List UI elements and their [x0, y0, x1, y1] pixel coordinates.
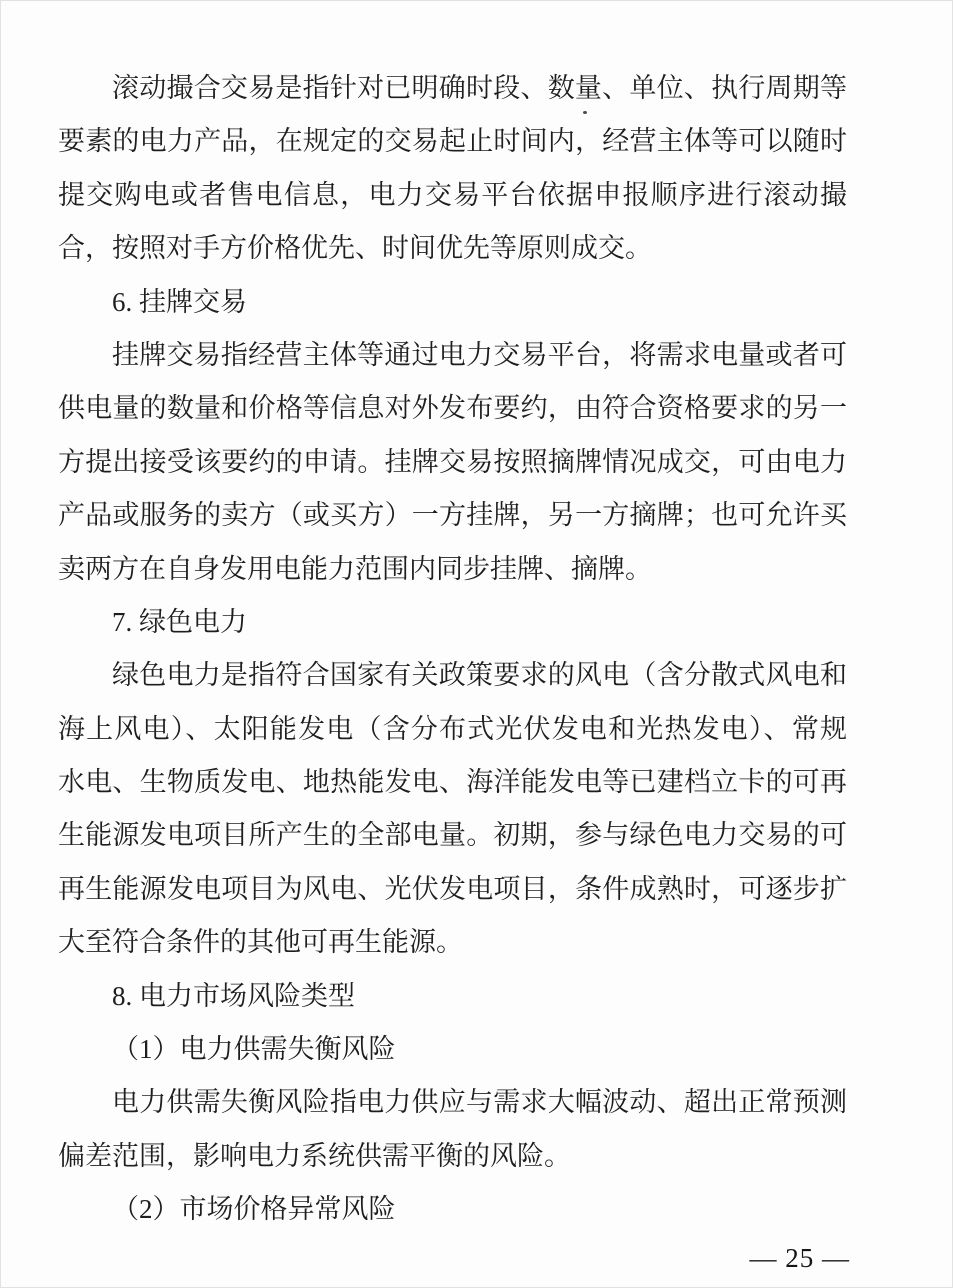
- para-risk-1-supply-demand-line-2: 偏差范围，影响电力系统供需平衡的风险。: [58, 1130, 847, 1183]
- heading-7-green-power: 7. 绿色电力: [58, 596, 847, 649]
- para-rolling-matching-line-3: 提交购电或者售电信息，电力交易平台依据申报顺序进行滚动撮: [58, 169, 847, 222]
- para-rolling-matching-line-1: 滚动撮合交易是指针对已明确时段、数量、单位、执行周期等: [58, 62, 847, 115]
- para-green-power-line-3: 水电、生物质发电、地热能发电、海洋能发电等已建档立卡的可再: [58, 756, 847, 809]
- para-green-power-line-4: 生能源发电项目所产生的全部电量。初期，参与绿色电力交易的可: [58, 809, 847, 862]
- subheading-risk-2-price-anomaly: （2）市场价格异常风险: [58, 1183, 847, 1236]
- para-listing-trade-line-5: 卖两方在自身发用电能力范围内同步挂牌、摘牌。: [58, 543, 847, 596]
- document-body: 滚动撮合交易是指针对已明确时段、数量、单位、执行周期等要素的电力产品，在规定的交…: [58, 62, 847, 1237]
- para-green-power-line-5: 再生能源发电项目为风电、光伏发电项目，条件成熟时，可逐步扩: [58, 863, 847, 916]
- para-listing-trade-line-4: 产品或服务的卖方（或买方）一方挂牌，另一方摘牌；也可允许买: [58, 489, 847, 542]
- para-rolling-matching-line-2: 要素的电力产品，在规定的交易起止时间内，经营主体等可以随时: [58, 115, 847, 168]
- page-number: — 25 —: [750, 1243, 851, 1274]
- para-listing-trade-line-2: 供电量的数量和价格等信息对外发布要约，由符合资格要求的另一: [58, 382, 847, 435]
- para-rolling-matching-line-4: 合，按照对手方价格优先、时间优先等原则成交。: [58, 222, 847, 275]
- para-listing-trade-line-3: 方提出接受该要约的申请。挂牌交易按照摘牌情况成交，可由电力: [58, 436, 847, 489]
- para-green-power-line-1: 绿色电力是指符合国家有关政策要求的风电（含分散式风电和: [58, 649, 847, 702]
- heading-6-listing-trade: 6. 挂牌交易: [58, 276, 847, 329]
- subheading-risk-1-supply-demand: （1）电力供需失衡风险: [58, 1023, 847, 1076]
- para-listing-trade-line-1: 挂牌交易指经营主体等通过电力交易平台，将需求电量或者可: [58, 329, 847, 382]
- heading-8-risk-types: 8. 电力市场风险类型: [58, 970, 847, 1023]
- ink-speck: [583, 111, 587, 114]
- document-page: 滚动撮合交易是指针对已明确时段、数量、单位、执行周期等要素的电力产品，在规定的交…: [0, 0, 953, 1288]
- para-risk-1-supply-demand-line-1: 电力供需失衡风险指电力供应与需求大幅波动、超出正常预测: [58, 1076, 847, 1129]
- para-green-power-line-2: 海上风电）、太阳能发电（含分布式光伏发电和光热发电）、常规: [58, 703, 847, 756]
- para-green-power-line-6: 大至符合条件的其他可再生能源。: [58, 916, 847, 969]
